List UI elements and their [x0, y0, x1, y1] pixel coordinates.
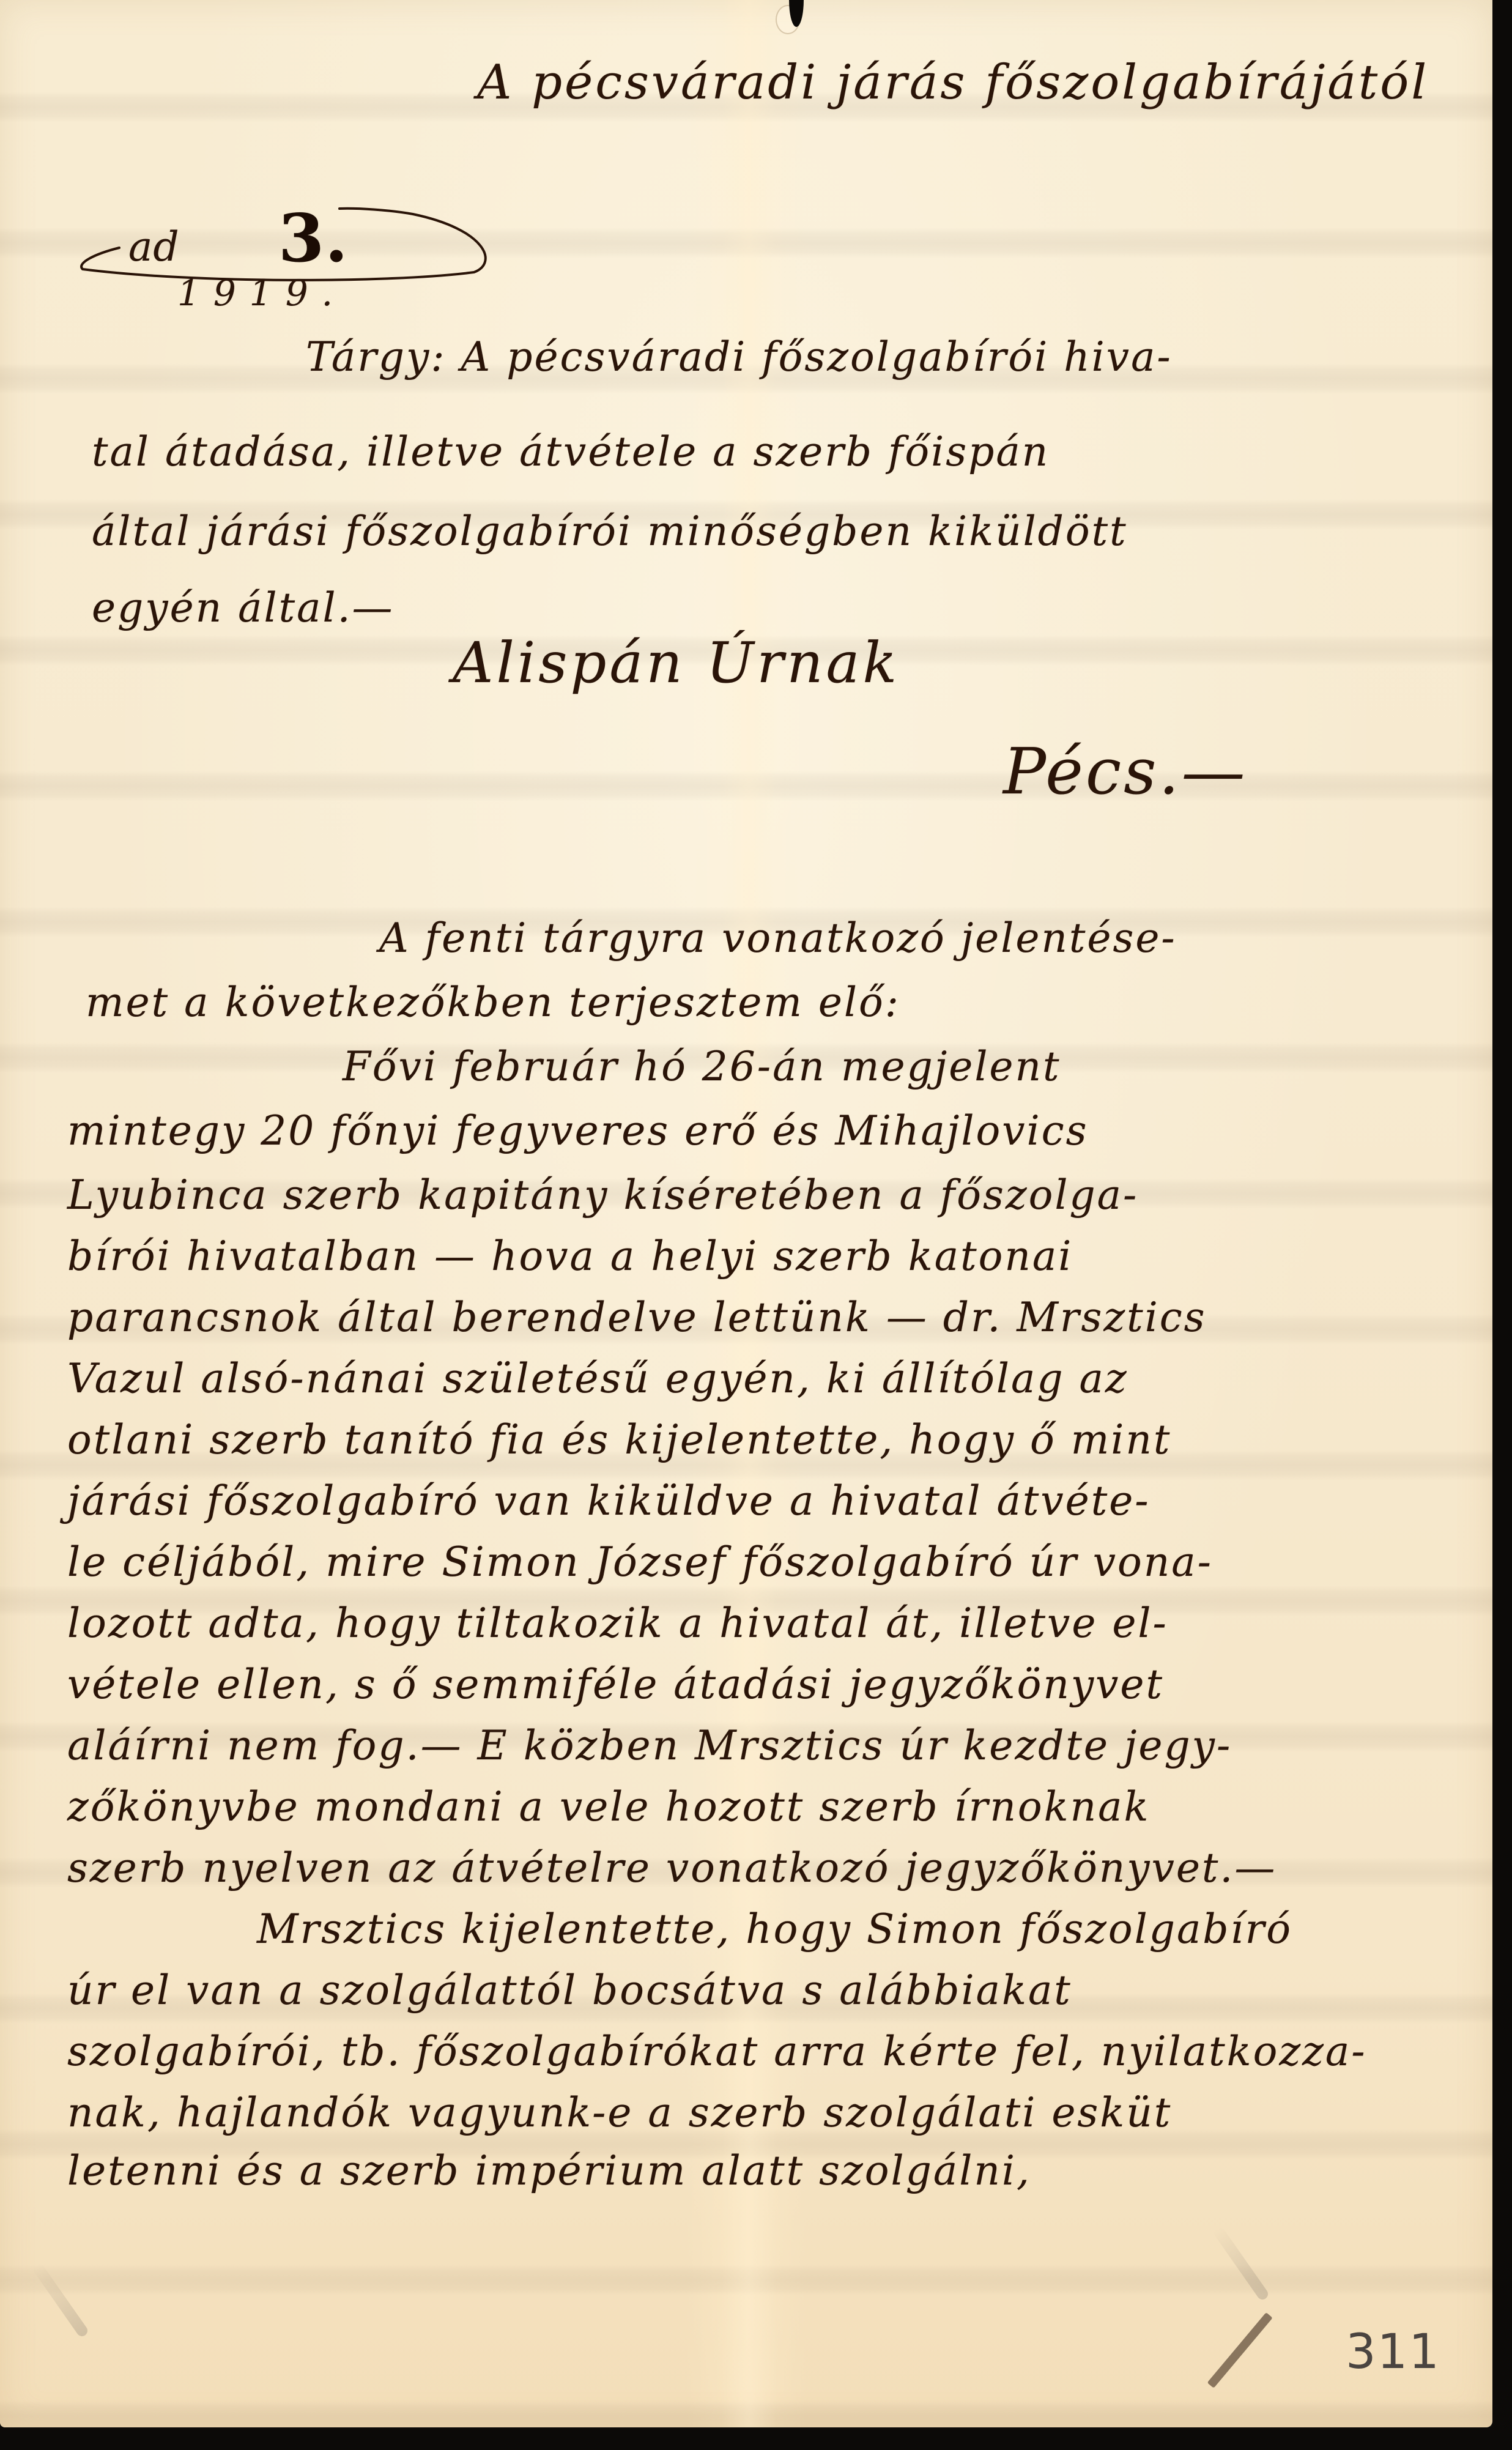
body-line: parancsnok által berendelve lettünk — dr…	[67, 1294, 1207, 1341]
reference-label: ad	[128, 223, 180, 270]
body-line: Vazul alsó-nánai születésű egyén, ki áll…	[67, 1355, 1128, 1402]
body-line: járási főszolgabíró van kiküldve a hivat…	[67, 1477, 1151, 1524]
subject-line: egyén által.—	[92, 584, 395, 631]
body-line: vétele ellen, s ő semmiféle átadási jegy…	[67, 1661, 1164, 1708]
body-line: Mrsztics kijelentette, hogy Simon főszol…	[257, 1906, 1292, 1953]
body-line: letenni és a szerb impérium alatt szolgá…	[67, 2147, 1031, 2194]
addressee-place: Pécs.—	[1003, 734, 1248, 809]
body-line: Fővi február hó 26-án megjelent	[343, 1043, 1061, 1090]
folio-number: 311	[1346, 2325, 1440, 2380]
body-line: met a következőkben terjesztem elő:	[86, 979, 900, 1026]
body-line: le céljából, mire Simon József főszolgab…	[67, 1539, 1213, 1586]
body-line: nak, hajlandók vagyunk-e a szerb szolgál…	[67, 2089, 1172, 2136]
addressee: Alispán Úrnak	[453, 630, 900, 696]
body-line: zőkönyvbe mondani a vele hozott szerb ír…	[67, 1783, 1150, 1830]
body-line: A fenti tárgyra vonatkozó jelentése-	[379, 915, 1177, 962]
pencil-streak	[31, 2262, 89, 2338]
issuing-authority: A pécsváradi járás főszolgabírájától	[477, 55, 1429, 110]
body-line: Lyubinca szerb kapitány kíséretében a fő…	[67, 1171, 1138, 1219]
reference-number: 3.	[278, 200, 349, 277]
body-line: mintegy 20 főnyi fegyveres erő és Mihajl…	[67, 1107, 1088, 1154]
pencil-streak	[1212, 2225, 1270, 2301]
body-line: szolgabírói, tb. főszolgabírókat arra ké…	[67, 2028, 1367, 2075]
archive-folio: 311	[1242, 2312, 1425, 2398]
reference-year: 1919.	[177, 272, 346, 314]
body-line: úr el van a szolgálattól bocsátva s aláb…	[67, 1967, 1072, 2014]
body-line: lozott adta, hogy tiltakozik a hivatal á…	[67, 1600, 1168, 1647]
body-line: szerb nyelven az átvételre vonatkozó jeg…	[67, 1844, 1277, 1891]
body-line: bírói hivatalban — hova a helyi szerb ka…	[67, 1233, 1073, 1280]
subject-line: tal átadása, illetve átvétele a szerb fő…	[92, 428, 1050, 475]
subject-line: Tárgy: A pécsváradi főszolgabírói hiva-	[306, 333, 1173, 380]
subject-line: által járási főszolgabírói minőségben ki…	[92, 508, 1128, 555]
body-line: aláírni nem fog.— E közben Mrsztics úr k…	[67, 1722, 1232, 1769]
body-line: otlani szerb tanító fia és kijelentette,…	[67, 1416, 1171, 1463]
document-sheet: A pécsváradi járás főszolgabírájától ad …	[0, 0, 1492, 2427]
folio-slash-mark	[1207, 2312, 1273, 2388]
